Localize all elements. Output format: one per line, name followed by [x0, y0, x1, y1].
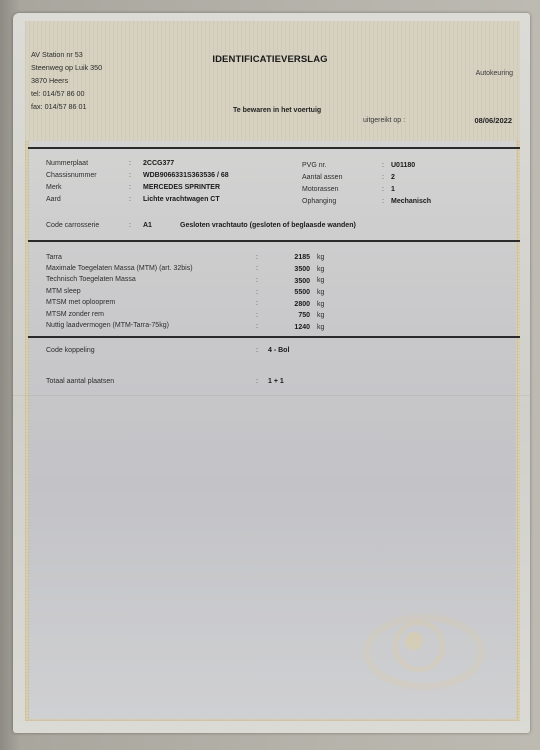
fold-line — [13, 395, 530, 396]
separator: : — [256, 254, 258, 261]
coupling-value: 4 - Bol — [268, 347, 289, 354]
mass-value: 5500 — [287, 289, 310, 296]
mass-value: 3500 — [287, 266, 310, 273]
mass-unit: kg — [317, 301, 324, 308]
mass-label: Tarra — [46, 254, 62, 261]
make-value: MERCEDES SPRINTER — [143, 184, 220, 191]
separator: : — [382, 174, 384, 181]
separator: : — [256, 300, 258, 307]
divider-masses — [28, 336, 520, 338]
type-label: Aard — [46, 196, 61, 203]
mass-unit: kg — [317, 324, 324, 331]
issuer-city: 3870 Heers — [31, 77, 68, 84]
mass-unit: kg — [317, 266, 324, 273]
separator: : — [129, 184, 131, 191]
pvg-label: PVG nr. — [302, 162, 327, 169]
issuer-street: Steenweg op Luik 350 — [31, 64, 102, 71]
suspension-value: Mechanisch — [391, 198, 431, 205]
separator: : — [256, 265, 258, 272]
suspension-label: Ophanging — [302, 198, 336, 205]
mass-label: Technisch Toegelaten Massa — [46, 276, 136, 283]
separator: : — [382, 162, 384, 169]
separator: : — [256, 277, 258, 284]
type-value: Lichte vrachtwagen CT — [143, 196, 220, 203]
separator: : — [129, 160, 131, 167]
mass-unit: kg — [317, 312, 324, 319]
mass-label: MTSM zonder rem — [46, 311, 104, 318]
seats-label: Totaal aantal plaatsen — [46, 378, 114, 385]
body-code-label: Code carrosserie — [46, 222, 99, 229]
make-label: Merk — [46, 184, 62, 191]
mass-value: 3500 — [287, 278, 310, 285]
coupling-label: Code koppeling — [46, 347, 95, 354]
chassis-label: Chassisnummer — [46, 172, 97, 179]
mass-value: 2185 — [287, 254, 310, 261]
body-code-value: A1 — [143, 222, 152, 229]
axles-value: 2 — [391, 174, 395, 181]
separator: : — [256, 323, 258, 330]
plate-value: 2CCG377 — [143, 160, 174, 167]
separator: : — [129, 172, 131, 179]
identification-report-paper — [13, 13, 530, 733]
separator: : — [129, 196, 131, 203]
mass-label: MTSM met oplooprem — [46, 299, 115, 306]
organisation-name: Autokeuring — [476, 70, 513, 77]
plate-label: Nummerplaat — [46, 160, 88, 167]
axles-label: Aantal assen — [302, 174, 342, 181]
driven-axles-label: Motorassen — [302, 186, 339, 193]
issued-on-label: uitgereikt op : — [363, 117, 405, 124]
body-code-description: Gesloten vrachtauto (gesloten of beglaas… — [180, 222, 356, 229]
seats-value: 1 + 1 — [268, 378, 284, 385]
separator: : — [129, 222, 131, 229]
chassis-value: WDB9066331S363536 / 68 — [143, 172, 229, 179]
divider-header — [28, 147, 520, 149]
divider-vehicle — [28, 240, 520, 242]
pvg-value: U01180 — [391, 162, 415, 169]
mass-value: 1240 — [287, 324, 310, 331]
separator: : — [256, 312, 258, 319]
mass-label: Nuttig laadvermogen (MTM-Tarra-75kg) — [46, 322, 169, 329]
mass-unit: kg — [317, 277, 324, 284]
issued-date: 08/06/2022 — [474, 116, 512, 125]
mass-unit: kg — [317, 254, 324, 261]
mass-value: 2800 — [287, 301, 310, 308]
separator: : — [382, 198, 384, 205]
keep-in-vehicle-notice: Te bewaren in het voertuig — [233, 107, 321, 114]
separator: : — [382, 186, 384, 193]
mass-label: Maximale Toegelaten Massa (MTM) (art. 32… — [46, 265, 193, 272]
separator: : — [256, 347, 258, 354]
issuer-phone: tel: 014/57 86 00 — [31, 90, 85, 97]
driven-axles-value: 1 — [391, 186, 395, 193]
issuer-station: AV Station nr 53 — [31, 51, 83, 58]
issuer-fax: fax: 014/57 86 01 — [31, 103, 87, 110]
separator: : — [256, 378, 258, 385]
header-area — [25, 21, 520, 141]
mass-unit: kg — [317, 289, 324, 296]
mass-label: MTM sleep — [46, 288, 81, 295]
separator: : — [256, 289, 258, 296]
mass-value: 750 — [287, 312, 310, 319]
